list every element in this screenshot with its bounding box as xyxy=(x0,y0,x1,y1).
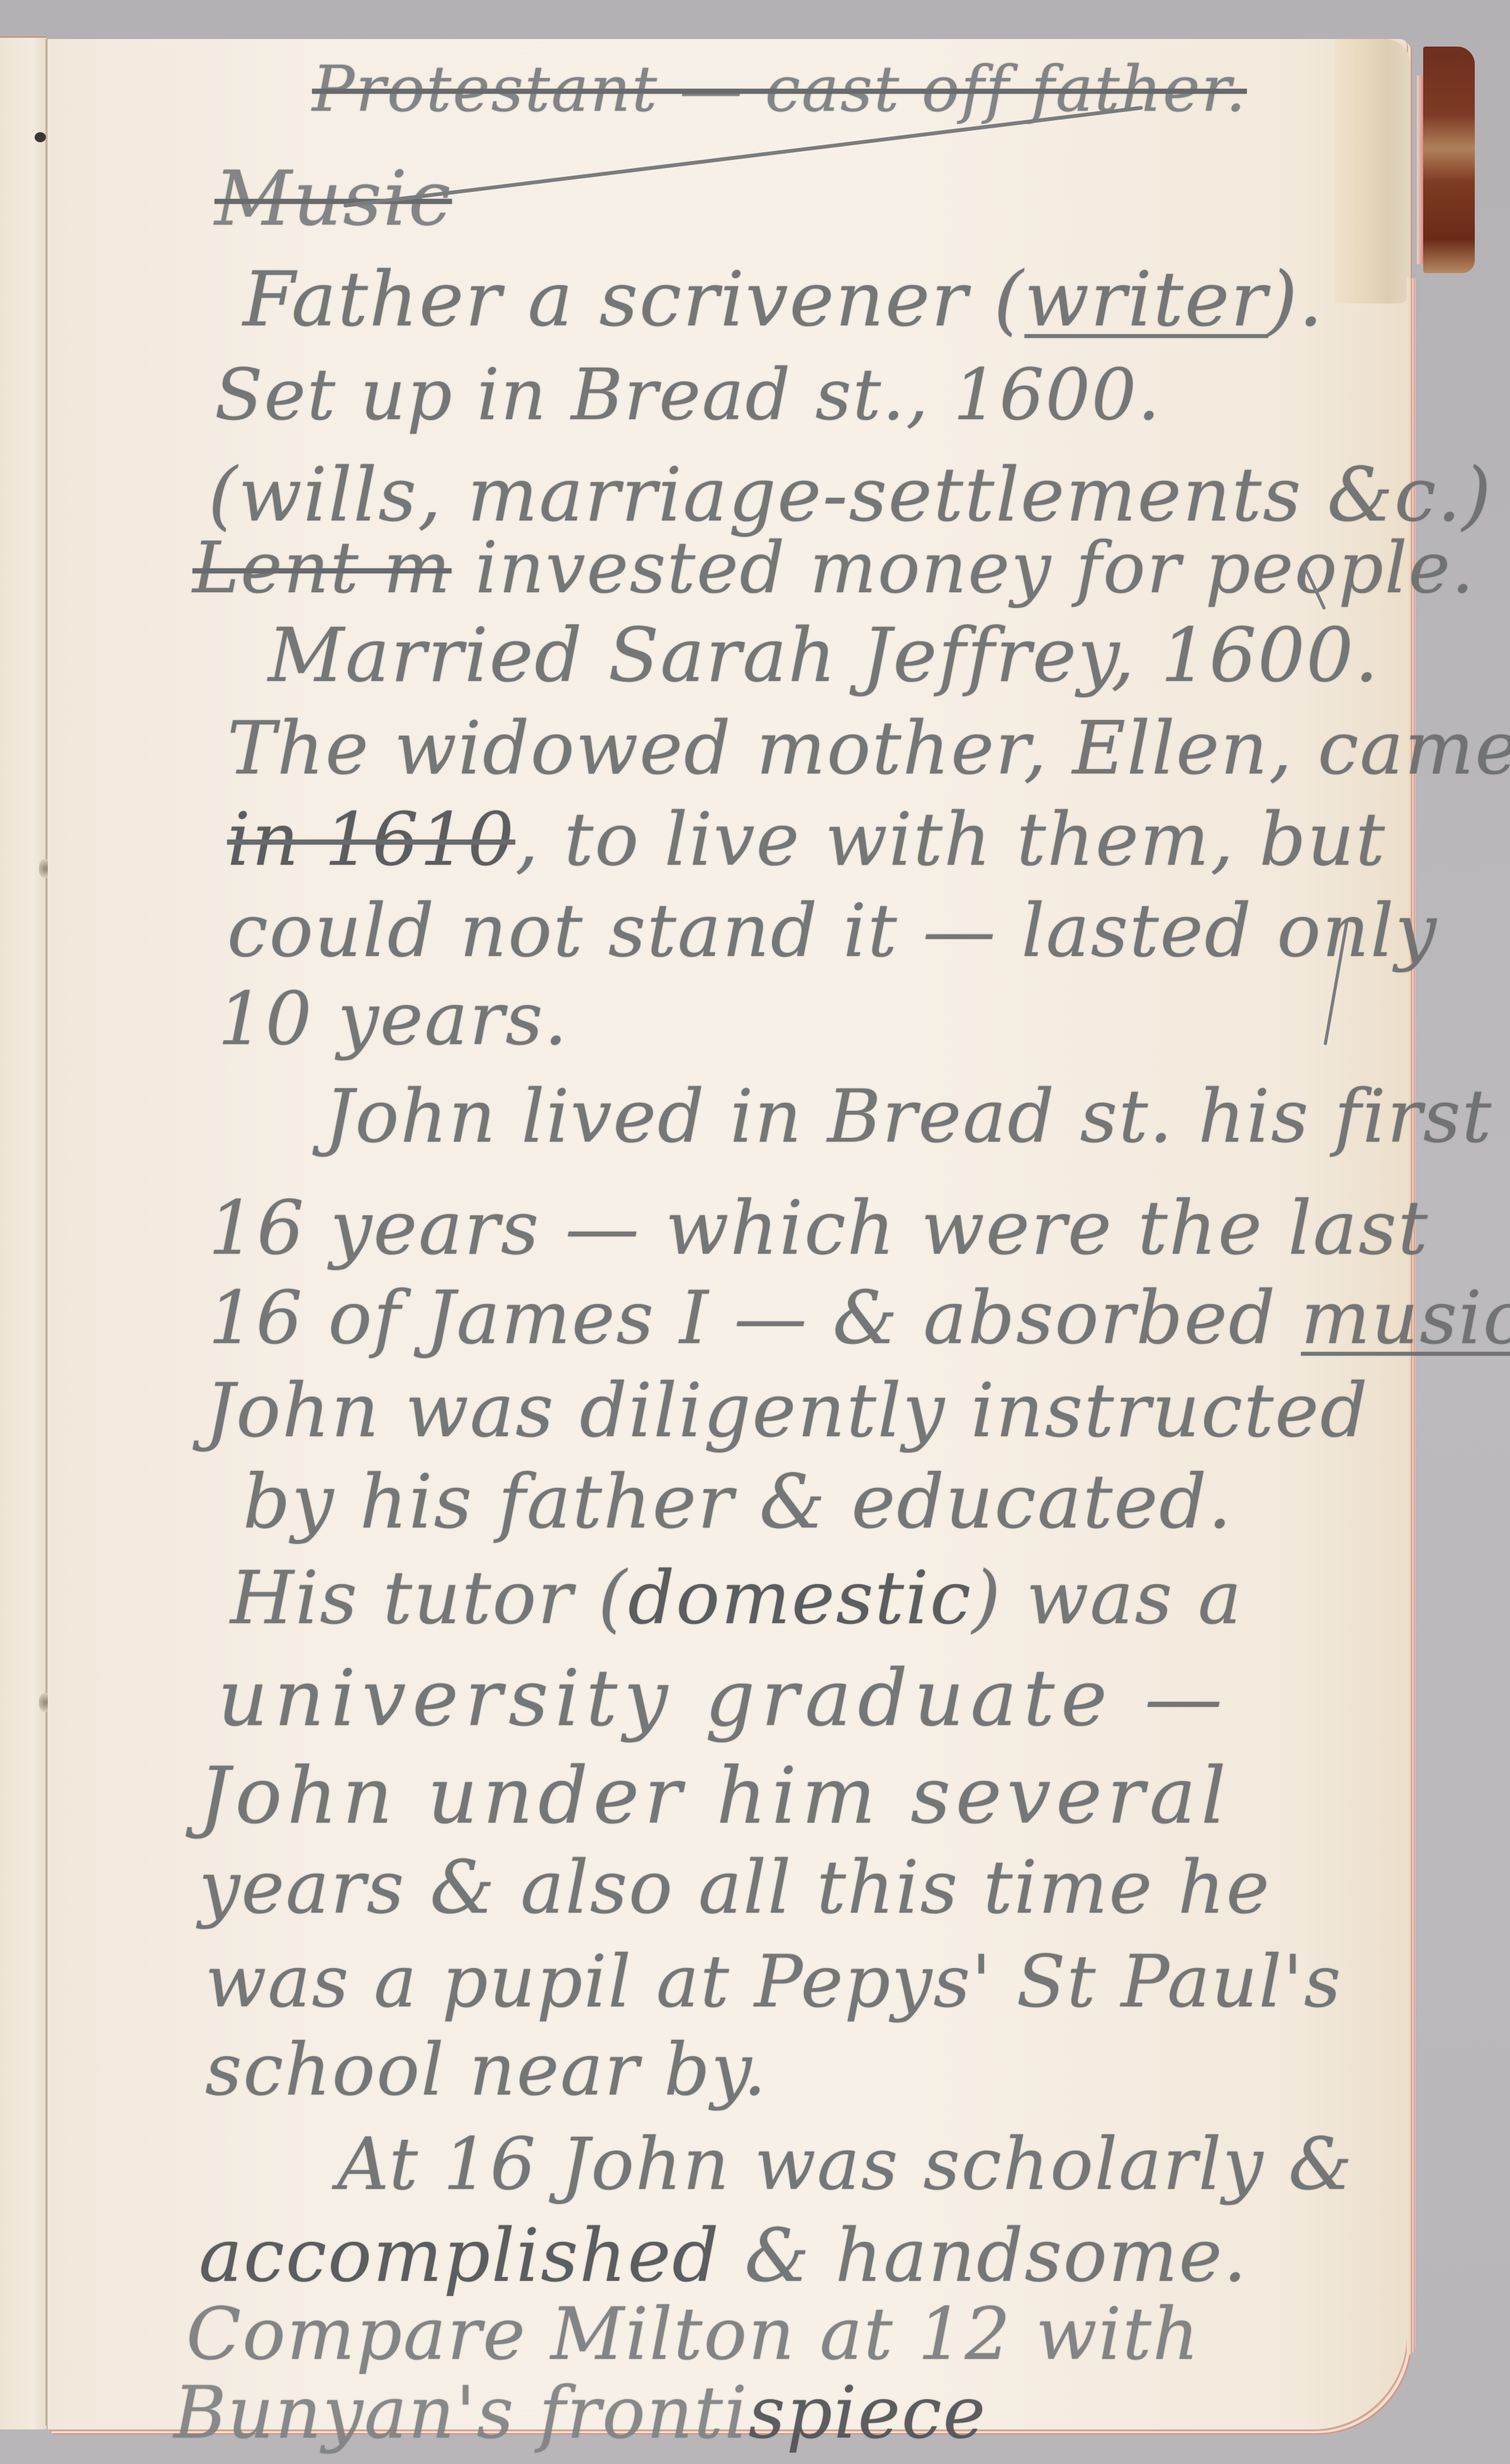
text-segment: Bunyan's fronti xyxy=(174,2371,749,2455)
handwritten-line: Lent m invested money for people. xyxy=(193,533,1475,604)
text-segment: His tutor ( xyxy=(230,1556,628,1641)
text-segment: 16 years — which were the last xyxy=(208,1184,1429,1271)
ink-blot xyxy=(35,132,46,142)
handwritten-line: university graduate — xyxy=(218,1660,1229,1738)
text-segment: could not stand it — lasted only xyxy=(227,889,1438,974)
handwritten-line: school near by. xyxy=(205,2034,768,2106)
text-segment: ). xyxy=(1268,256,1324,344)
text-segment: , to live with them, but xyxy=(515,797,1386,882)
text-segment: John under him several xyxy=(199,1751,1231,1842)
struck-text: Lent m xyxy=(193,527,452,609)
handwritten-line: His tutor (domestic) was a xyxy=(230,1562,1243,1635)
struck-text: Protestant — cast off father. xyxy=(312,52,1247,126)
handwritten-line: was a pupil at Pepys' St Paul's xyxy=(205,1946,1342,2018)
text-segment: accomplished xyxy=(199,2214,720,2298)
text-segment: Married Sarah Jeffrey, 1600. xyxy=(268,612,1380,699)
handwritten-line: John was diligently instructed xyxy=(205,1373,1369,1448)
text-segment: university graduate — xyxy=(218,1653,1229,1744)
folded-page-corner xyxy=(1335,39,1411,303)
handwritten-line: The widowed mother, Ellen, came xyxy=(227,712,1510,785)
text-segment: (wills, marriage-settlements &c.) xyxy=(208,451,1492,538)
underlined-text: writer xyxy=(1024,256,1268,344)
text-segment: The widowed mother, Ellen, came xyxy=(227,706,1510,791)
book-cover-edge xyxy=(1423,47,1475,273)
handwritten-line: 10 years. xyxy=(218,983,569,1056)
handwritten-line: John lived in Bread st. his first xyxy=(325,1081,1492,1154)
handwritten-line: Music xyxy=(215,162,452,237)
handwritten-line: (wills, marriage-settlements &c.) xyxy=(208,458,1492,532)
notebook-page: Protestant — cast off father. Music Fath… xyxy=(48,39,1407,2429)
previous-page-edge xyxy=(0,37,47,2429)
text-segment: Compare Milton at 12 with xyxy=(186,2292,1200,2376)
handwritten-line: At 16 John was scholarly & xyxy=(337,2129,1353,2200)
text-segment: John lived in Bread st. his first xyxy=(325,1074,1492,1159)
handwritten-line: John under him several xyxy=(199,1757,1231,1835)
handwritten-line: 16 of James I — & absorbed music. xyxy=(208,1282,1510,1355)
text-segment: Set up in Bread st., 1600. xyxy=(215,354,1161,436)
underlined-text: music xyxy=(1301,1276,1510,1361)
text-segment: invested money for people. xyxy=(452,527,1475,609)
handwritten-line: in 1610, to live with them, but xyxy=(227,804,1386,877)
text-segment: was a pupil at Pepys' St Paul's xyxy=(205,1940,1342,2023)
struck-text: in 1610 xyxy=(227,797,515,882)
text-segment: John was diligently instructed xyxy=(205,1367,1369,1454)
handwritten-line: accomplished & handsome. xyxy=(199,2220,1248,2293)
handwritten-line: Father a scrivener (writer). xyxy=(243,262,1324,338)
text-segment: Father a scrivener ( xyxy=(243,256,1024,344)
handwritten-line: could not stand it — lasted only xyxy=(227,895,1438,968)
handwritten-line: 16 years — which were the last xyxy=(208,1191,1429,1265)
handwritten-line: Compare Milton at 12 with xyxy=(186,2298,1200,2370)
text-segment: At 16 John was scholarly & xyxy=(337,2122,1353,2206)
text-segment: school near by. xyxy=(205,2028,768,2112)
handwritten-line: years & also all this time he xyxy=(199,1852,1270,1925)
text-segment: spiece xyxy=(749,2371,987,2455)
handwritten-line: Bunyan's frontispiece xyxy=(174,2377,987,2449)
text-segment: domestic xyxy=(628,1556,972,1641)
handwritten-line: Set up in Bread st., 1600. xyxy=(215,360,1161,430)
struck-text: Music xyxy=(215,155,452,243)
handwritten-line: by his father & educated. xyxy=(243,1465,1233,1539)
text-segment: years & also all this time he xyxy=(199,1845,1270,1930)
text-segment: by his father & educated. xyxy=(243,1458,1233,1545)
text-segment: 16 of James I — & absorbed xyxy=(208,1276,1301,1361)
text-segment: 10 years. xyxy=(218,977,569,1062)
text-segment: & handsome. xyxy=(720,2214,1248,2298)
handwritten-line: Married Sarah Jeffrey, 1600. xyxy=(268,618,1380,692)
text-segment: ) was a xyxy=(972,1556,1243,1641)
